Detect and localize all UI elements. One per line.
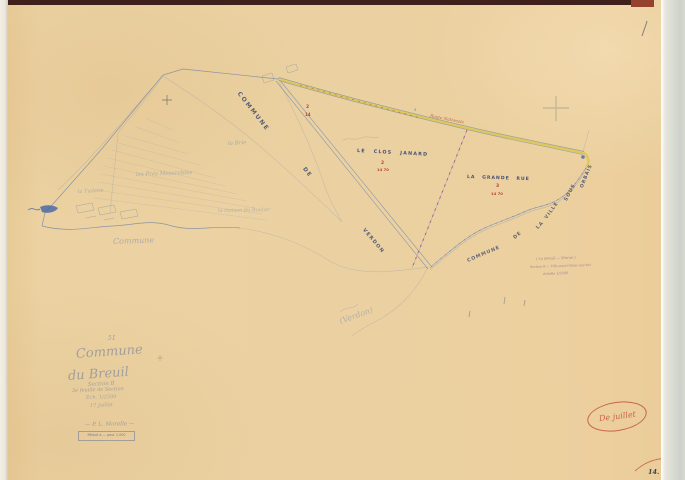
verdon-road <box>276 78 431 269</box>
faint-boundaries <box>58 76 589 336</box>
scanned-cadastral-map: COMMUNE DE VERDON COMMUNE DE LA VILLE SO… <box>0 0 685 480</box>
parcel-grande-rue-area: 14 70 <box>491 192 503 196</box>
road-number: 3 <box>414 108 416 112</box>
route-nationale-road <box>279 77 588 168</box>
title-sheet-number: 51 <box>108 336 116 342</box>
title-signature: — P. L. Morelle — <box>85 422 134 428</box>
page-number: 14. <box>648 469 659 476</box>
junction-area: 14 <box>305 113 311 117</box>
oval-stamp-text: De juillet <box>598 410 636 423</box>
parcel-clos-janard-area: 14 70 <box>377 168 389 172</box>
scan-edge-top-red <box>631 0 654 7</box>
scan-edge-left <box>0 0 8 480</box>
junction-number: 2 <box>306 106 309 111</box>
lieu-dit-maison: la maison du Roulier <box>218 208 271 214</box>
scan-edge-right <box>661 0 685 480</box>
commune-script: Commune <box>113 237 154 246</box>
hatching-lines <box>94 118 266 220</box>
reduction-stamp-box: Réduit à — pour 1.000 <box>78 431 135 441</box>
water-features <box>28 155 585 213</box>
lieu-dit-brie: la Brie <box>228 141 247 147</box>
pencil-squiggles <box>340 137 379 312</box>
scan-edge-top-dark <box>8 0 631 5</box>
title-line-date: 17 Juillet <box>90 403 113 409</box>
parcel-divider <box>412 130 467 268</box>
parcel-clos-janard-number: 2 <box>381 162 384 167</box>
stream <box>430 168 586 270</box>
reduction-stamp-text: Réduit à — pour 1.000 <box>87 434 125 437</box>
parcel-grande-rue-number: 3 <box>496 185 499 190</box>
title-line-echelle: Éch. 1/2500 <box>86 395 117 401</box>
